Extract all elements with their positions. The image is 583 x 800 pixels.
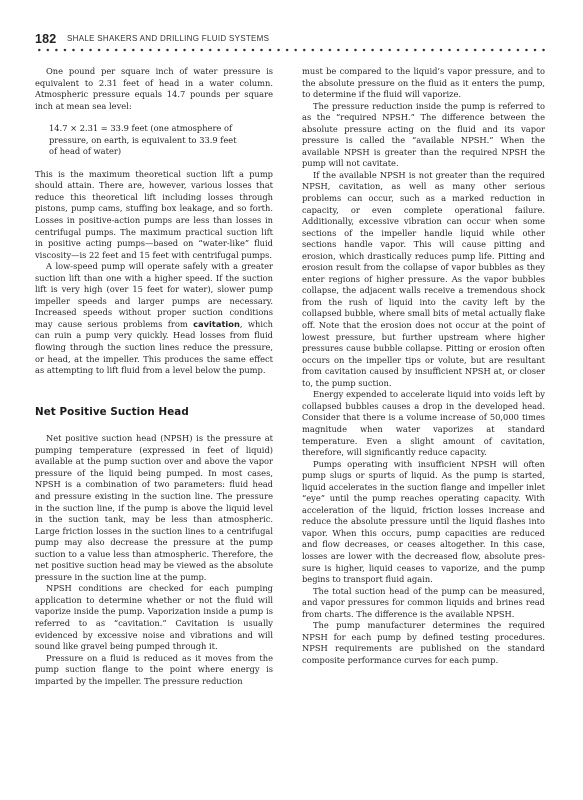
right-column: must be compared to the liquid’s vapor p… — [302, 66, 545, 666]
page-header: 182 SHALE SHAKERS AND DRILLING FLUID SYS… — [35, 32, 547, 54]
page-number: 182 — [35, 32, 56, 46]
paragraph-insufficient-npsh: Pumps operating with insufficient NPSH w… — [302, 459, 545, 586]
paragraph-cavitation-problems: If the available NPSH is not greater tha… — [302, 170, 545, 389]
running-title: SHALE SHAKERS AND DRILLING FLUID SYSTEMS — [67, 34, 269, 43]
left-column: One pound per square inch of water press… — [35, 66, 273, 687]
paragraph-npsh-conditions: NPSH conditions are checked for each pum… — [35, 583, 273, 652]
paragraph-manufacturer-npsh: The pump manufacturer determines the re­… — [302, 620, 545, 666]
paragraph-theoretical-lift: This is the maximum theoretical suction … — [35, 169, 273, 261]
paragraph-energy-expended: Energy expended to accelerate liquid int… — [302, 389, 545, 458]
section-heading: Net Positive Suction Head — [35, 407, 273, 419]
formula-line: of head of water) — [49, 146, 273, 158]
formula-block: 14.7 × 2.31 = 33.9 feet (one atmosphere … — [49, 123, 273, 158]
paragraph-total-suction-head: The total suction head of the pump can b… — [302, 586, 545, 621]
paragraph-continued: must be compared to the liquid’s vapor p… — [302, 66, 545, 101]
paragraph-pressure-reduction: Pressure on a fluid is reduced as it mov… — [35, 653, 273, 688]
formula-line: 14.7 × 2.31 = 33.9 feet (one atmosphere … — [49, 123, 273, 135]
key-term-cavitation: cavitation — [193, 319, 240, 329]
formula-line: pressure, on earth, is equivalent to 33.… — [49, 135, 273, 147]
paragraph-low-speed-pump: A low-speed pump will operate safely wit… — [35, 261, 273, 376]
paragraph-required-npsh: The pressure reduction inside the pump i… — [302, 101, 545, 170]
dotted-rule-divider — [35, 48, 545, 52]
paragraph-npsh-definition: Net positive suction head (NPSH) is the … — [35, 433, 273, 583]
paragraph-water-pressure: One pound per square inch of water press… — [35, 66, 273, 112]
